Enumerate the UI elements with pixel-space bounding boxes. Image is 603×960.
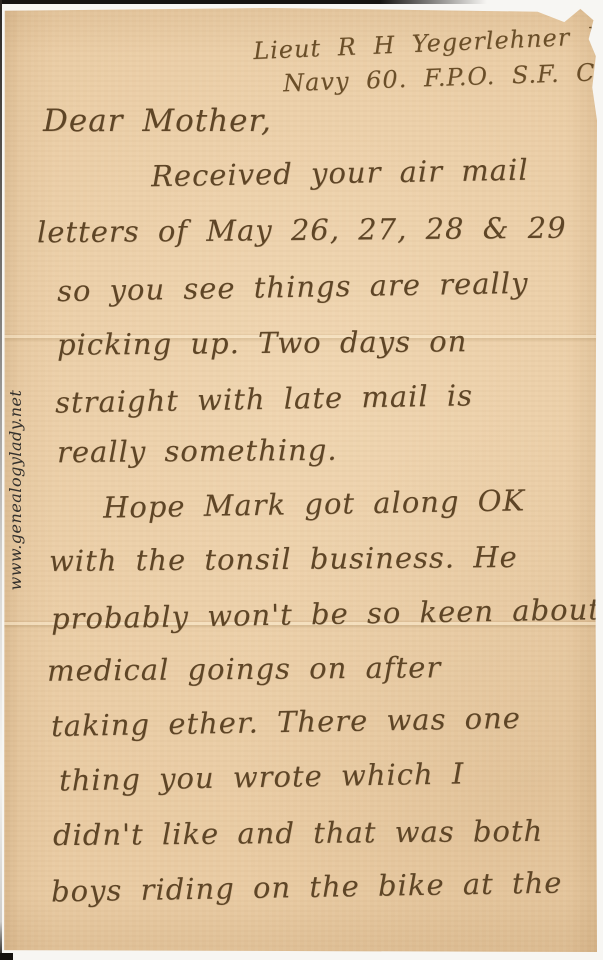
letter-line: with the tonsil business. He bbox=[49, 540, 518, 578]
letter-line: probably won't be so keen about bbox=[51, 592, 601, 636]
letter-line: didn't like and that was both bbox=[53, 814, 544, 852]
letter-line: Received your air mail bbox=[151, 153, 529, 194]
letter-line: really something. bbox=[57, 433, 338, 469]
letter-line: medical goings on after bbox=[47, 650, 442, 687]
letter-line: letters of May 26, 27, 28 & 29 bbox=[37, 211, 567, 250]
letter-line: Hope Mark got along OK bbox=[103, 483, 526, 524]
letter-paper: www.genealogylady.net Lieut R H Yegerleh… bbox=[3, 7, 597, 952]
letter-line: thing you wrote which I bbox=[59, 756, 465, 797]
letter-line: taking ether. There was one bbox=[51, 701, 521, 743]
sender-address-line: Navy 60. F.P.O. S.F. Calif. bbox=[283, 57, 603, 98]
scanner-edge-top bbox=[0, 0, 487, 4]
paper-texture bbox=[3, 7, 597, 952]
scanner-corner-mark bbox=[0, 953, 13, 960]
salutation: Dear Mother, bbox=[43, 103, 272, 139]
watermark-url: www.genealogylady.net bbox=[6, 365, 26, 615]
letter-line: boys riding on the bike at the bbox=[51, 866, 563, 909]
letter-line: picking up. Two days on bbox=[57, 324, 468, 362]
letter-line: so you see things are really bbox=[57, 266, 529, 308]
scanner-edge-left bbox=[0, 0, 2, 960]
scanned-letter: www.genealogylady.net Lieut R H Yegerleh… bbox=[0, 0, 603, 960]
letter-line: straight with late mail is bbox=[55, 378, 474, 419]
sender-name-line: Lieut R H Yegerlehner U S N R bbox=[253, 17, 603, 65]
